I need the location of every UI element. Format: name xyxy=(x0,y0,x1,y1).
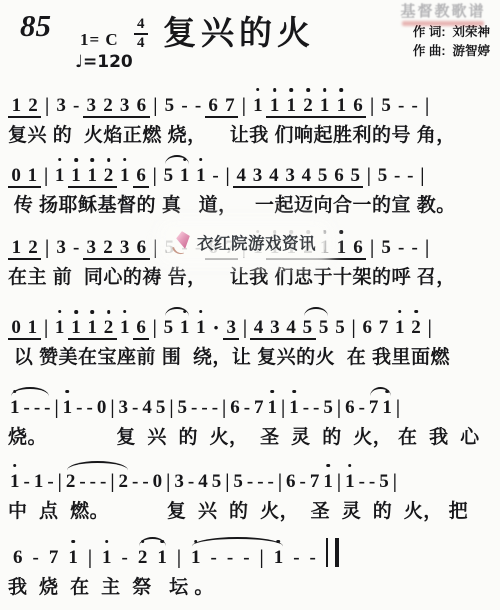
octave-dot xyxy=(326,464,330,468)
note-token: 4 xyxy=(198,463,208,491)
composer-name: 游智婷 xyxy=(452,42,490,61)
note-token: 6 xyxy=(13,539,23,567)
note-token: 4 xyxy=(237,157,247,185)
note-token: 5 xyxy=(233,463,243,491)
note-token: 1 xyxy=(28,309,38,337)
site-watermark: 衣红院游戏资讯 xyxy=(166,227,325,257)
key-signature: 1= C xyxy=(80,30,119,50)
octave-dot xyxy=(71,540,75,544)
note-token: - xyxy=(300,463,306,491)
octave-dot xyxy=(199,310,203,314)
barline: | xyxy=(45,87,49,115)
note-token: 1 xyxy=(345,463,355,491)
barline: | xyxy=(45,229,49,257)
note-token: - xyxy=(310,539,316,567)
music-system: 1---|1--0|3-45|5---|6-71|1--5|6-71|烧。 复 … xyxy=(8,386,496,449)
note-token: - xyxy=(257,463,263,491)
music-system: 12|3-3236|5--67|1112116|5--|复兴 的 火焰正燃 烧，… xyxy=(8,84,496,147)
lyrics-row: 在主 前 同心的祷 告， 让我 们忠于十架的呼 召， xyxy=(8,262,496,289)
note-token: - xyxy=(247,463,253,491)
note-token: - xyxy=(398,87,404,115)
octave-dot xyxy=(340,88,344,92)
note-token: 6 xyxy=(137,229,147,257)
time-signature-top: 4 xyxy=(134,16,148,35)
note-token: 2 xyxy=(28,87,38,115)
note-token: 4 xyxy=(269,157,279,185)
pink-gem-icon xyxy=(175,231,191,253)
note-token: 1 xyxy=(68,539,78,567)
note-token: 5 xyxy=(378,157,388,185)
note-token: 1 xyxy=(320,87,330,115)
music-system: 1-1-|2---|2--0|3-45|5---|6-71|1--5|中 点 燃… xyxy=(8,460,496,523)
final-barline xyxy=(326,538,339,567)
note-token: 1 xyxy=(337,87,347,115)
lyrics-row: 中 点 燃。 复 兴 的 火， 圣 灵 的 火， 把 xyxy=(8,496,496,523)
barline: | xyxy=(351,309,355,337)
note-token: 6 xyxy=(362,309,372,337)
note-token: 1 xyxy=(395,309,405,337)
note-token: 1 xyxy=(87,309,97,337)
note-token: 7 xyxy=(49,539,59,567)
note-token: 6 xyxy=(208,87,218,115)
octave-dot xyxy=(270,390,274,394)
note-token: 5 xyxy=(318,157,328,185)
barline: | xyxy=(370,87,374,115)
note-token: - xyxy=(188,463,194,491)
note-token: 0 xyxy=(11,309,21,337)
barline: | xyxy=(166,463,170,491)
octave-dot xyxy=(74,158,78,162)
note-token: 7 xyxy=(254,389,264,417)
barline: | xyxy=(153,229,157,257)
note-token: 5 xyxy=(350,157,360,185)
notes-row: 01|111216|511-|43434565|5--| xyxy=(8,154,496,188)
note-token: 7 xyxy=(310,463,320,491)
barline: | xyxy=(44,157,48,185)
note-token: - xyxy=(73,87,79,115)
barline: | xyxy=(428,309,432,337)
music-system: 6-71|1-21|1---|1--我 烧 在 主 祭 坛 。 xyxy=(8,536,496,599)
credits: 作 词: 刘荣神 作 曲: 游智婷 xyxy=(413,23,490,61)
note-token: 3 xyxy=(227,309,237,337)
page-title: 复兴的火 xyxy=(163,7,315,54)
octave-dot xyxy=(90,158,94,162)
note-token: 1 xyxy=(55,309,65,337)
octave-dot xyxy=(256,88,260,92)
note-token: 4 xyxy=(254,309,264,337)
time-signature-bottom: 4 xyxy=(134,35,148,52)
note-token: - xyxy=(398,229,404,257)
barline: | xyxy=(278,463,282,491)
barline: | xyxy=(370,229,374,257)
octave-dot xyxy=(123,310,127,314)
note-token: 0 xyxy=(153,463,163,491)
note-token: 5 xyxy=(323,389,333,417)
barline: | xyxy=(226,157,230,185)
octave-dot xyxy=(340,230,344,234)
note-token: 6 xyxy=(353,229,363,257)
octave-dot xyxy=(107,310,111,314)
song-number: 85 xyxy=(20,8,51,44)
barline: | xyxy=(88,539,92,567)
barline: | xyxy=(396,389,400,417)
octave-dot xyxy=(398,310,402,314)
octave-dot xyxy=(58,158,62,162)
note-token: 1 xyxy=(196,309,206,337)
notes-row: 01|111216|511·3|434555|6712| xyxy=(8,306,496,340)
note-token: 1 xyxy=(289,389,299,417)
barline: | xyxy=(242,87,246,115)
note-token: 5 xyxy=(165,87,175,115)
note-token: - xyxy=(33,539,39,567)
music-system: 01|111216|511·3|434555|6712| 以 赞美在宝座前 围 … xyxy=(8,306,496,369)
barline: | xyxy=(243,309,247,337)
note-token: 6 xyxy=(137,87,147,115)
note-token: 6 xyxy=(286,463,296,491)
note-token: - xyxy=(369,463,375,491)
barline: | xyxy=(177,539,181,567)
note-token: 1 xyxy=(102,539,112,567)
octave-dot xyxy=(13,464,17,468)
note-token: - xyxy=(303,389,309,417)
note-token: 6 xyxy=(230,389,240,417)
note-token: 1 xyxy=(10,463,20,491)
note-token: 6 xyxy=(136,309,146,337)
lyricist-label: 作 词: xyxy=(413,23,446,42)
note-token: - xyxy=(201,389,207,417)
barline: | xyxy=(153,87,157,115)
note-token: 5 xyxy=(156,389,166,417)
notes-row: 12|3-3236|5--67|1112116|5--| xyxy=(8,84,496,118)
note-token: 3 xyxy=(56,229,66,257)
barline: | xyxy=(44,309,48,337)
note-token: 1 xyxy=(55,157,65,185)
note-token: 2 xyxy=(103,87,113,115)
note-token: 6 xyxy=(334,157,344,185)
note-token: 3 xyxy=(120,87,130,115)
note-token: 1 xyxy=(34,463,44,491)
note-token: 2 xyxy=(103,229,113,257)
octave-dot xyxy=(306,88,310,92)
octave-dot xyxy=(66,390,70,394)
note-token: 3 xyxy=(253,157,263,185)
barline: | xyxy=(337,389,341,417)
note-token: 5 xyxy=(212,463,222,491)
note-token: - xyxy=(212,157,218,185)
note-token: - xyxy=(412,229,418,257)
barline: | xyxy=(153,157,157,185)
octave-dot xyxy=(273,88,277,92)
lyricist-name: 刘荣神 xyxy=(452,23,490,42)
note-token: 3 xyxy=(119,389,129,417)
notes-row: 1---|1--0|3-45|5---|6-71|1--5|6-71| xyxy=(8,386,496,420)
note-token: - xyxy=(122,539,128,567)
note-token: 0 xyxy=(11,157,21,185)
barline: | xyxy=(169,389,173,417)
lyrics-row: 以 赞美在宝座前 围 绕，让 复兴的火 在 我里面燃 xyxy=(8,342,496,369)
note-token: 2 xyxy=(104,309,114,337)
note-token: 1 xyxy=(270,87,280,115)
note-token: 3 xyxy=(270,309,280,337)
note-token: 5 xyxy=(178,389,188,417)
note-token: - xyxy=(191,389,197,417)
note-token: 5 xyxy=(379,463,389,491)
note-token: 2 xyxy=(303,87,313,115)
barline: | xyxy=(425,229,429,257)
tempo-marking: ♩=120 xyxy=(75,52,133,72)
note-token: 2 xyxy=(28,229,38,257)
lyrics-row: 传 扬耶稣基督的 真 道， 一起迈向合一的宣 教。 xyxy=(8,190,496,217)
note-token: 1 xyxy=(196,157,206,185)
note-token: 1 xyxy=(63,389,73,417)
note-token: 5 xyxy=(381,229,391,257)
site-watermark-text: 衣红院游戏资讯 xyxy=(197,230,316,254)
note-token: 1 xyxy=(120,309,130,337)
octave-dot xyxy=(123,158,127,162)
composer-label: 作 曲: xyxy=(413,42,446,61)
note-token: 1 xyxy=(87,157,97,185)
octave-dot xyxy=(323,88,327,92)
note-token: - xyxy=(142,463,148,491)
note-token: 1 xyxy=(268,389,278,417)
note-token: 3 xyxy=(120,229,130,257)
note-token: - xyxy=(313,389,319,417)
note-token: 6 xyxy=(353,87,363,115)
octave-dot xyxy=(58,310,62,314)
note-token: 1 xyxy=(28,157,38,185)
note-token: 4 xyxy=(142,389,152,417)
note-token: 1 xyxy=(120,157,130,185)
note-token: 1 xyxy=(287,87,297,115)
note-token: 2 xyxy=(104,157,114,185)
note-token: - xyxy=(132,463,138,491)
note-token: - xyxy=(407,157,413,185)
note-token: 5 xyxy=(381,87,391,115)
note-token: 3 xyxy=(87,87,97,115)
note-token: 1 xyxy=(323,463,333,491)
octave-dot xyxy=(199,158,203,162)
lyrics-row: 烧。 复 兴 的 火， 圣 灵 的 火， 在 我 心 xyxy=(8,422,496,449)
lyricist-credit: 作 词: 刘荣神 xyxy=(413,23,490,42)
barline: | xyxy=(393,463,397,491)
music-system: 01|111216|511-|43434565|5--| 传 扬耶稣基督的 真 … xyxy=(8,154,496,217)
note-token: - xyxy=(412,87,418,115)
barline: | xyxy=(58,463,62,491)
barline: | xyxy=(281,389,285,417)
note-token: - xyxy=(268,463,274,491)
note-token: - xyxy=(195,87,201,115)
note-token: 3 xyxy=(174,463,184,491)
note-token: - xyxy=(293,539,299,567)
barline: | xyxy=(110,389,114,417)
note-token: 7 xyxy=(379,309,389,337)
notes-row: 6-71|1-21|1---|1-- xyxy=(8,536,496,570)
barline: | xyxy=(420,157,424,185)
note-token: - xyxy=(212,389,218,417)
note-token: 1 xyxy=(71,309,81,337)
time-signature: 4 4 xyxy=(134,16,148,53)
note-token: - xyxy=(87,389,93,417)
note-token: 1 xyxy=(337,229,347,257)
note-token: - xyxy=(181,87,187,115)
sheet-music-page: 85 1= C 4 4 ♩=120 复兴的火 作 词: 刘荣神 作 曲: 游智婷… xyxy=(0,0,500,610)
barline: | xyxy=(153,309,157,337)
note-token: 4 xyxy=(286,309,296,337)
note-token: 1 xyxy=(12,229,22,257)
note-token: 1 xyxy=(12,87,22,115)
barline: | xyxy=(54,389,58,417)
slur-arc xyxy=(192,537,283,548)
lyrics-row: 复兴 的 火焰正燃 烧， 让我 们响起胜利的号 角， xyxy=(8,120,496,147)
note-token: - xyxy=(359,463,365,491)
note-token: 2 xyxy=(411,309,421,337)
octave-dot xyxy=(74,310,78,314)
augmentation-dot: · xyxy=(212,311,219,337)
octave-dot xyxy=(107,158,111,162)
octave-dot xyxy=(289,88,293,92)
note-token: - xyxy=(47,463,53,491)
lyrics-row: 我 烧 在 主 祭 坛 。 xyxy=(8,572,496,599)
octave-dot xyxy=(348,464,352,468)
octave-dot xyxy=(414,310,418,314)
note-token: 4 xyxy=(302,157,312,185)
barline: | xyxy=(425,87,429,115)
note-token: - xyxy=(244,389,250,417)
note-token: - xyxy=(394,157,400,185)
barline: | xyxy=(337,463,341,491)
notes-row: 1-1-|2---|2--0|3-45|5---|6-71|1--5| xyxy=(8,460,496,494)
note-token: 3 xyxy=(87,229,97,257)
note-token: - xyxy=(76,389,82,417)
note-token: 6 xyxy=(345,389,355,417)
note-token: - xyxy=(132,389,138,417)
note-token: - xyxy=(73,229,79,257)
note-token: 3 xyxy=(285,157,295,185)
note-token: 5 xyxy=(335,309,345,337)
octave-dot xyxy=(292,390,296,394)
note-token: - xyxy=(359,389,365,417)
composer-credit: 作 曲: 游智婷 xyxy=(413,42,490,61)
barline: | xyxy=(367,157,371,185)
note-token: 6 xyxy=(136,157,146,185)
note-token: 1 xyxy=(71,157,81,185)
octave-dot xyxy=(105,540,109,544)
note-token: 0 xyxy=(97,389,107,417)
octave-dot xyxy=(90,310,94,314)
note-token: 7 xyxy=(225,87,235,115)
note-token: 3 xyxy=(56,87,66,115)
barline: | xyxy=(222,389,226,417)
note-token: - xyxy=(24,463,30,491)
note-token: 1 xyxy=(253,87,263,115)
corner-watermark-text: 基督教歌谱 xyxy=(390,0,496,21)
barline: | xyxy=(225,463,229,491)
